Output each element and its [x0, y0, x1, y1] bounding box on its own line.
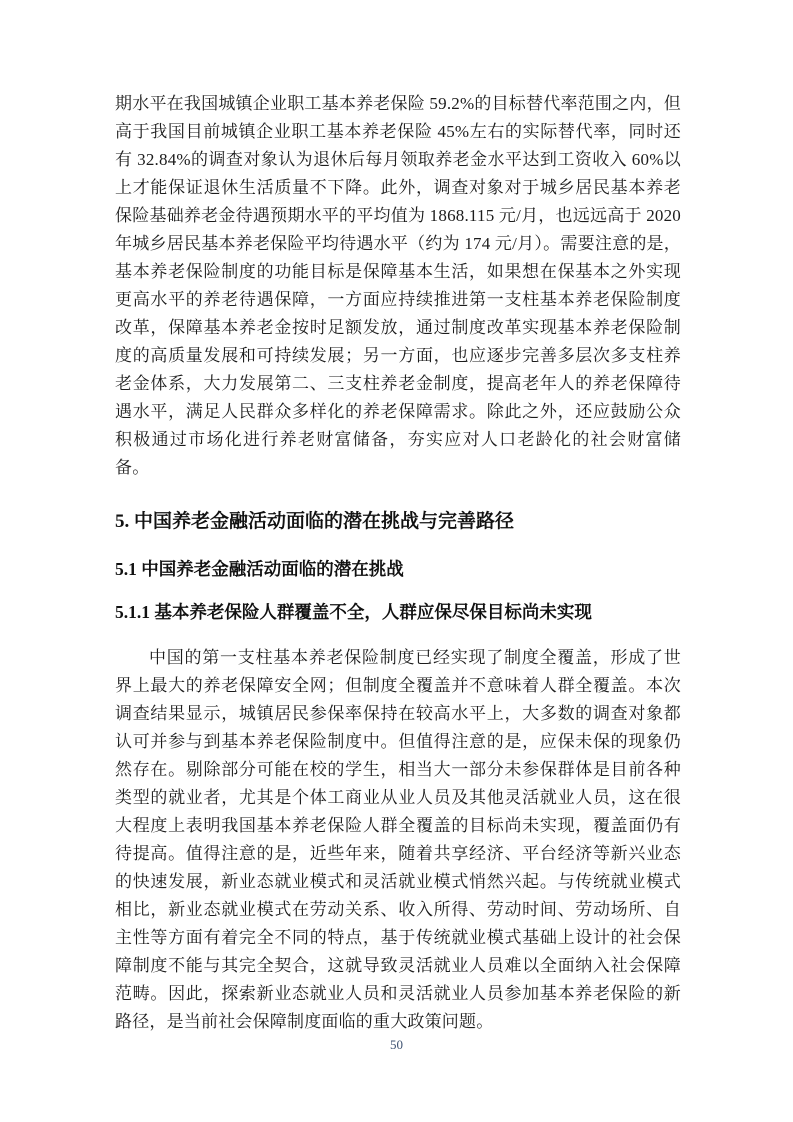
- document-page: 期水平在我国城镇企业职工基本养老保险 59.2%的目标替代率范围之内，但高于我国…: [0, 0, 793, 1122]
- page-footer: 50: [0, 1036, 793, 1054]
- page-number: 50: [390, 1037, 403, 1052]
- document-body: 期水平在我国城镇企业职工基本养老保险 59.2%的目标替代率范围之内，但高于我国…: [115, 90, 681, 1036]
- paragraph-pension-replacement-rate: 期水平在我国城镇企业职工基本养老保险 59.2%的目标替代率范围之内，但高于我国…: [115, 90, 681, 482]
- heading-section-5: 5. 中国养老金融活动面临的潜在挑战与完善路径: [115, 510, 681, 533]
- heading-section-5-1: 5.1 中国养老金融活动面临的潜在挑战: [115, 559, 681, 580]
- heading-section-5-1-1: 5.1.1 基本养老保险人群覆盖不全，人群应保尽保目标尚未实现: [115, 602, 681, 623]
- paragraph-coverage-gap: 中国的第一支柱基本养老保险制度已经实现了制度全覆盖，形成了世界上最大的养老保障安…: [115, 644, 681, 1036]
